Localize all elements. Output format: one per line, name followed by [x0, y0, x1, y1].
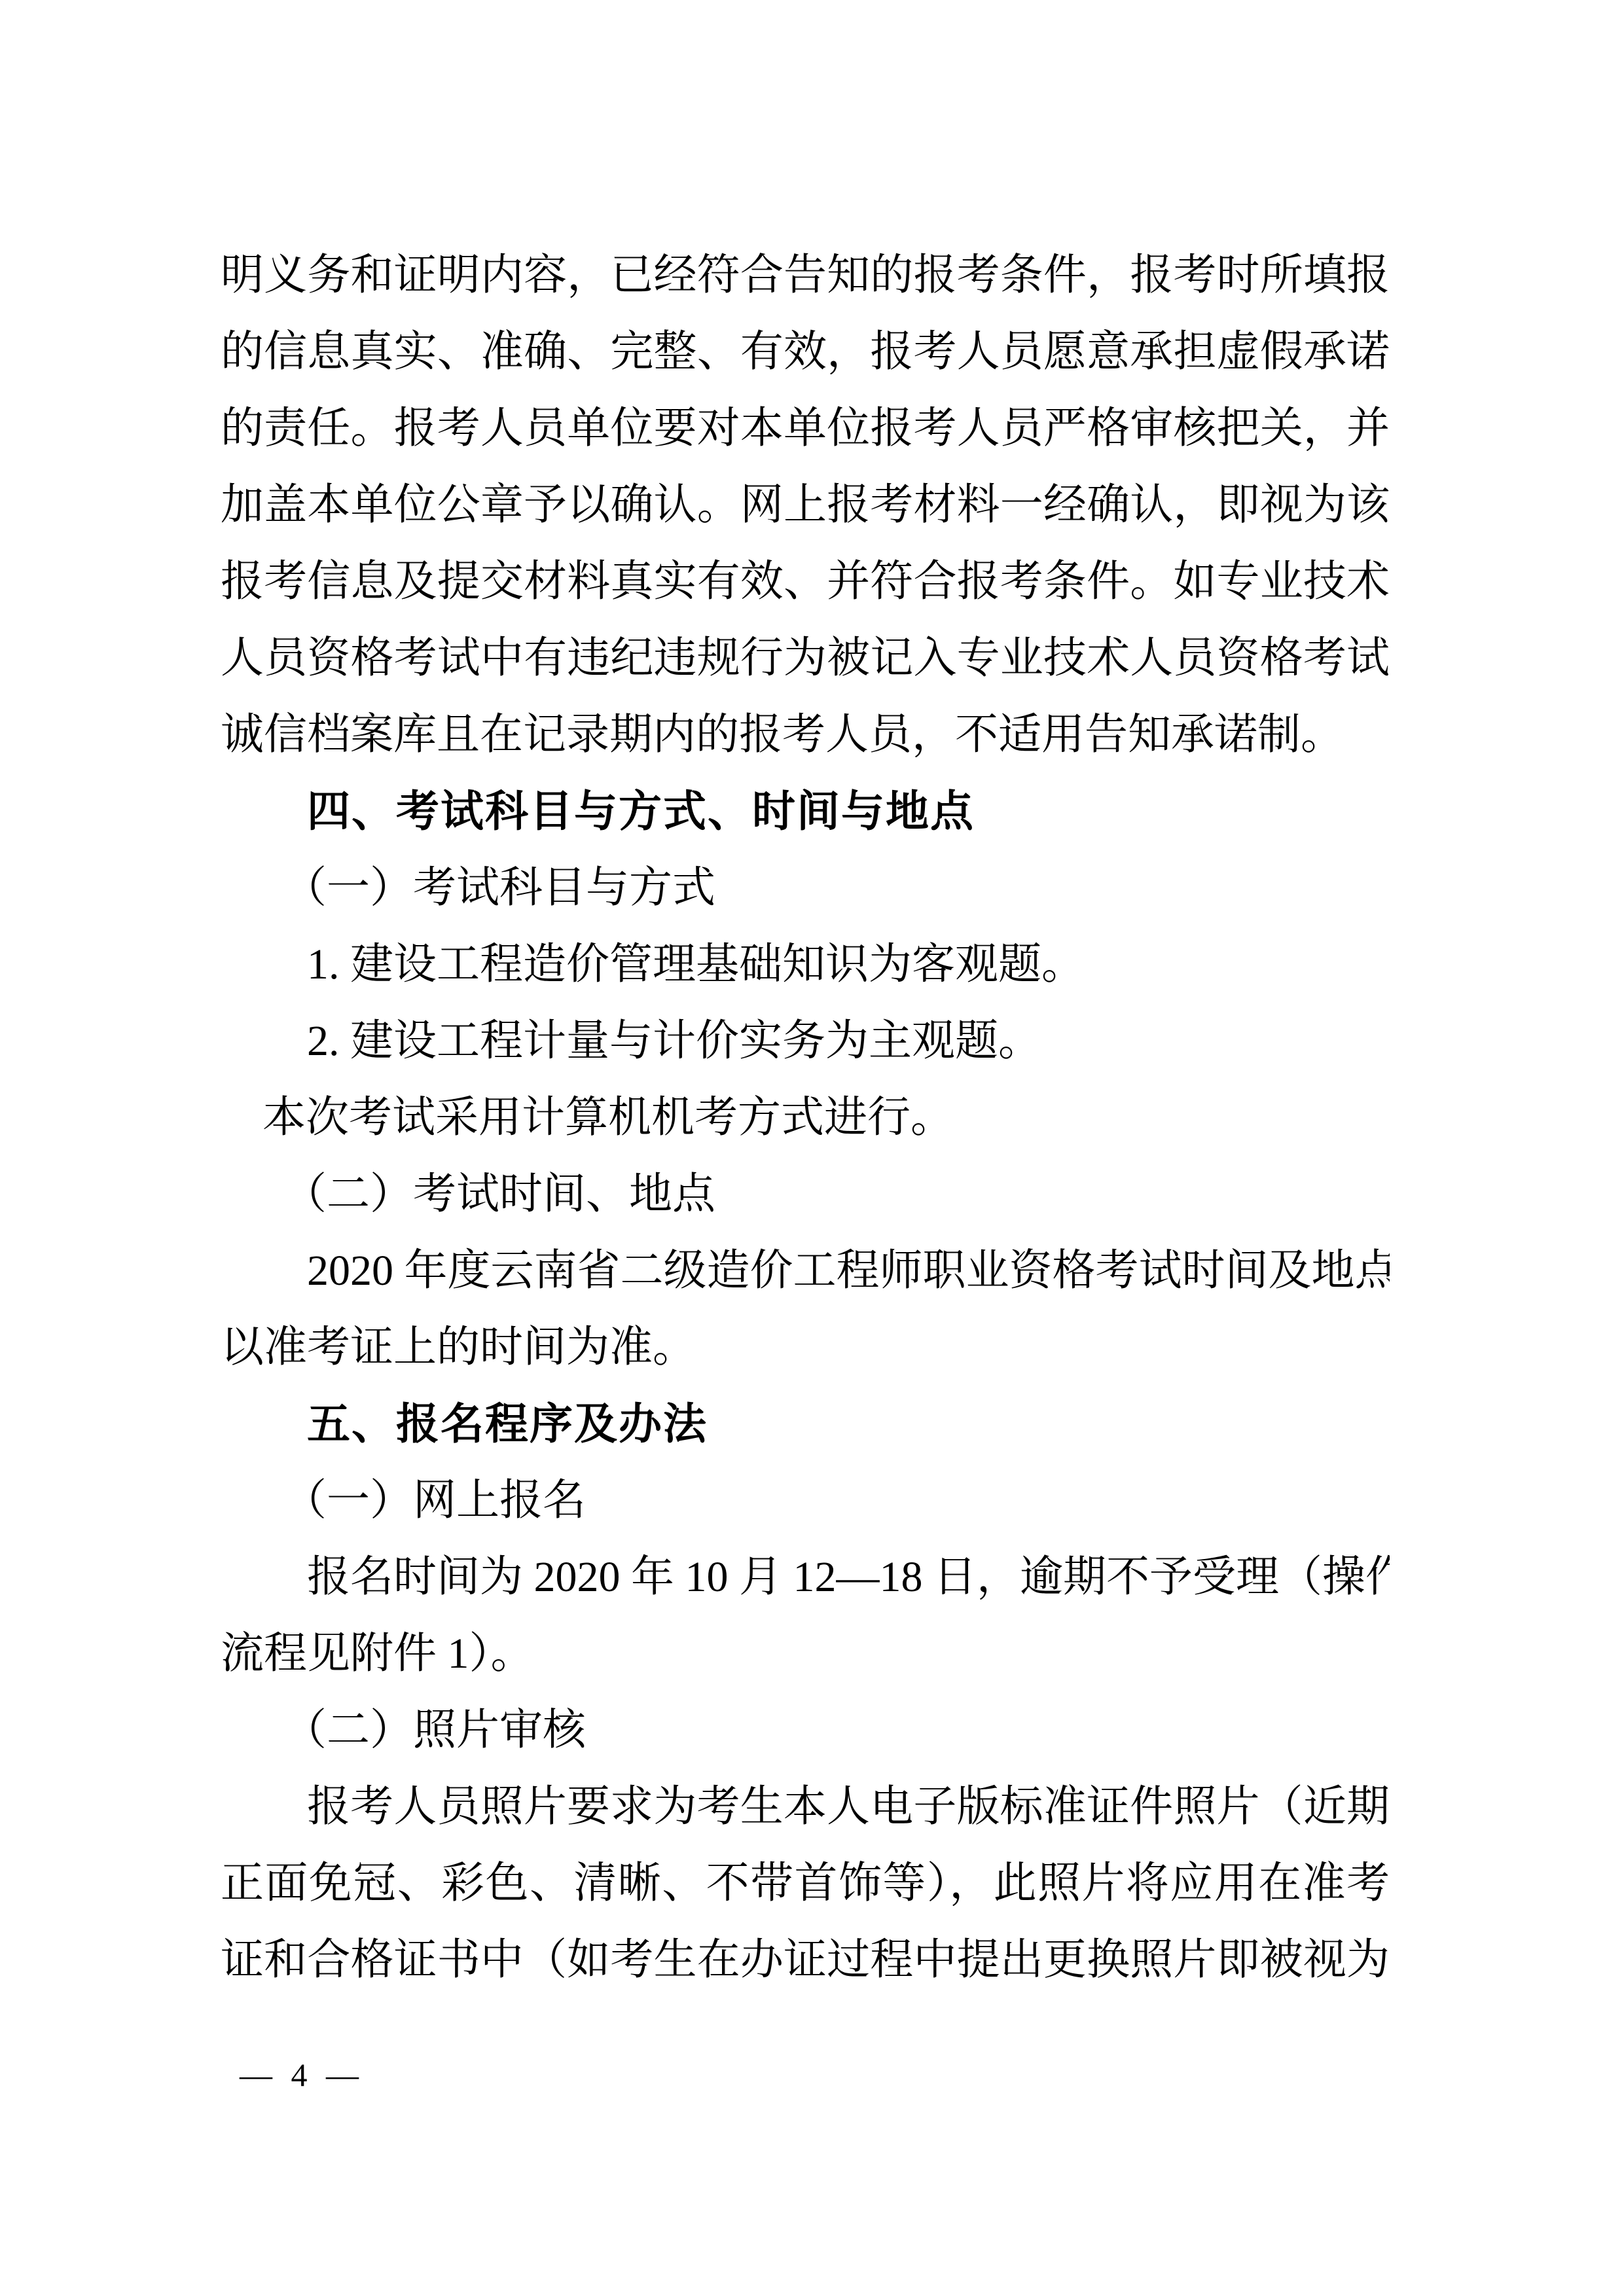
- text-line: 报考人员照片要求为考生本人电子版标准证件照片（近期: [221, 1768, 1390, 1845]
- text-line: 2. 建设工程计量与计价实务为主观题。: [221, 1003, 1390, 1079]
- text-line: （一）考试科目与方式: [221, 850, 1390, 926]
- text-line: 人员资格考试中有违纪违规行为被记入专业技术人员资格考试: [221, 620, 1390, 696]
- text-line: 本次考试采用计算机机考方式进行。: [221, 1079, 1390, 1156]
- text-line: 证和合格证书中（如考生在办证过程中提出更换照片即被视为: [221, 1922, 1390, 1998]
- text-line: 诚信档案库且在记录期内的报考人员，不适用告知承诺制。: [221, 696, 1390, 773]
- section-heading: 五、报名程序及办法: [221, 1386, 1390, 1462]
- text-line: （一）网上报名: [221, 1462, 1390, 1539]
- document-page: 明义务和证明内容，已经符合告知的报考条件，报考时所填报的信息真实、准确、完整、有…: [0, 0, 1624, 2296]
- text-line: 以准考证上的时间为准。: [221, 1309, 1390, 1386]
- text-line: （二）考试时间、地点: [221, 1156, 1390, 1232]
- text-block: 明义务和证明内容，已经符合告知的报考条件，报考时所填报的信息真实、准确、完整、有…: [221, 237, 1390, 1998]
- text-line: 的责任。报考人员单位要对本单位报考人员严格审核把关，并: [221, 390, 1390, 467]
- text-line: 明义务和证明内容，已经符合告知的报考条件，报考时所填报: [221, 237, 1390, 314]
- text-line: （二）照片审核: [221, 1692, 1390, 1768]
- text-line: 报名时间为 2020 年 10 月 12—18 日，逾期不予受理（操作: [221, 1539, 1390, 1615]
- text-line: 报考信息及提交材料真实有效、并符合报考条件。如专业技术: [221, 543, 1390, 620]
- text-line: 2020 年度云南省二级造价工程师职业资格考试时间及地点: [221, 1232, 1390, 1309]
- text-line: 流程见附件 1）。: [221, 1615, 1390, 1692]
- page-number: — 4 —: [240, 2054, 364, 2096]
- text-line: 加盖本单位公章予以确认。网上报考材料一经确认，即视为该: [221, 467, 1390, 543]
- text-line: 的信息真实、准确、完整、有效，报考人员愿意承担虚假承诺: [221, 314, 1390, 390]
- section-heading: 四、考试科目与方式、时间与地点: [221, 773, 1390, 850]
- text-line: 1. 建设工程造价管理基础知识为客观题。: [221, 926, 1390, 1003]
- text-line: 正面免冠、彩色、清晰、不带首饰等），此照片将应用在准考: [221, 1845, 1390, 1922]
